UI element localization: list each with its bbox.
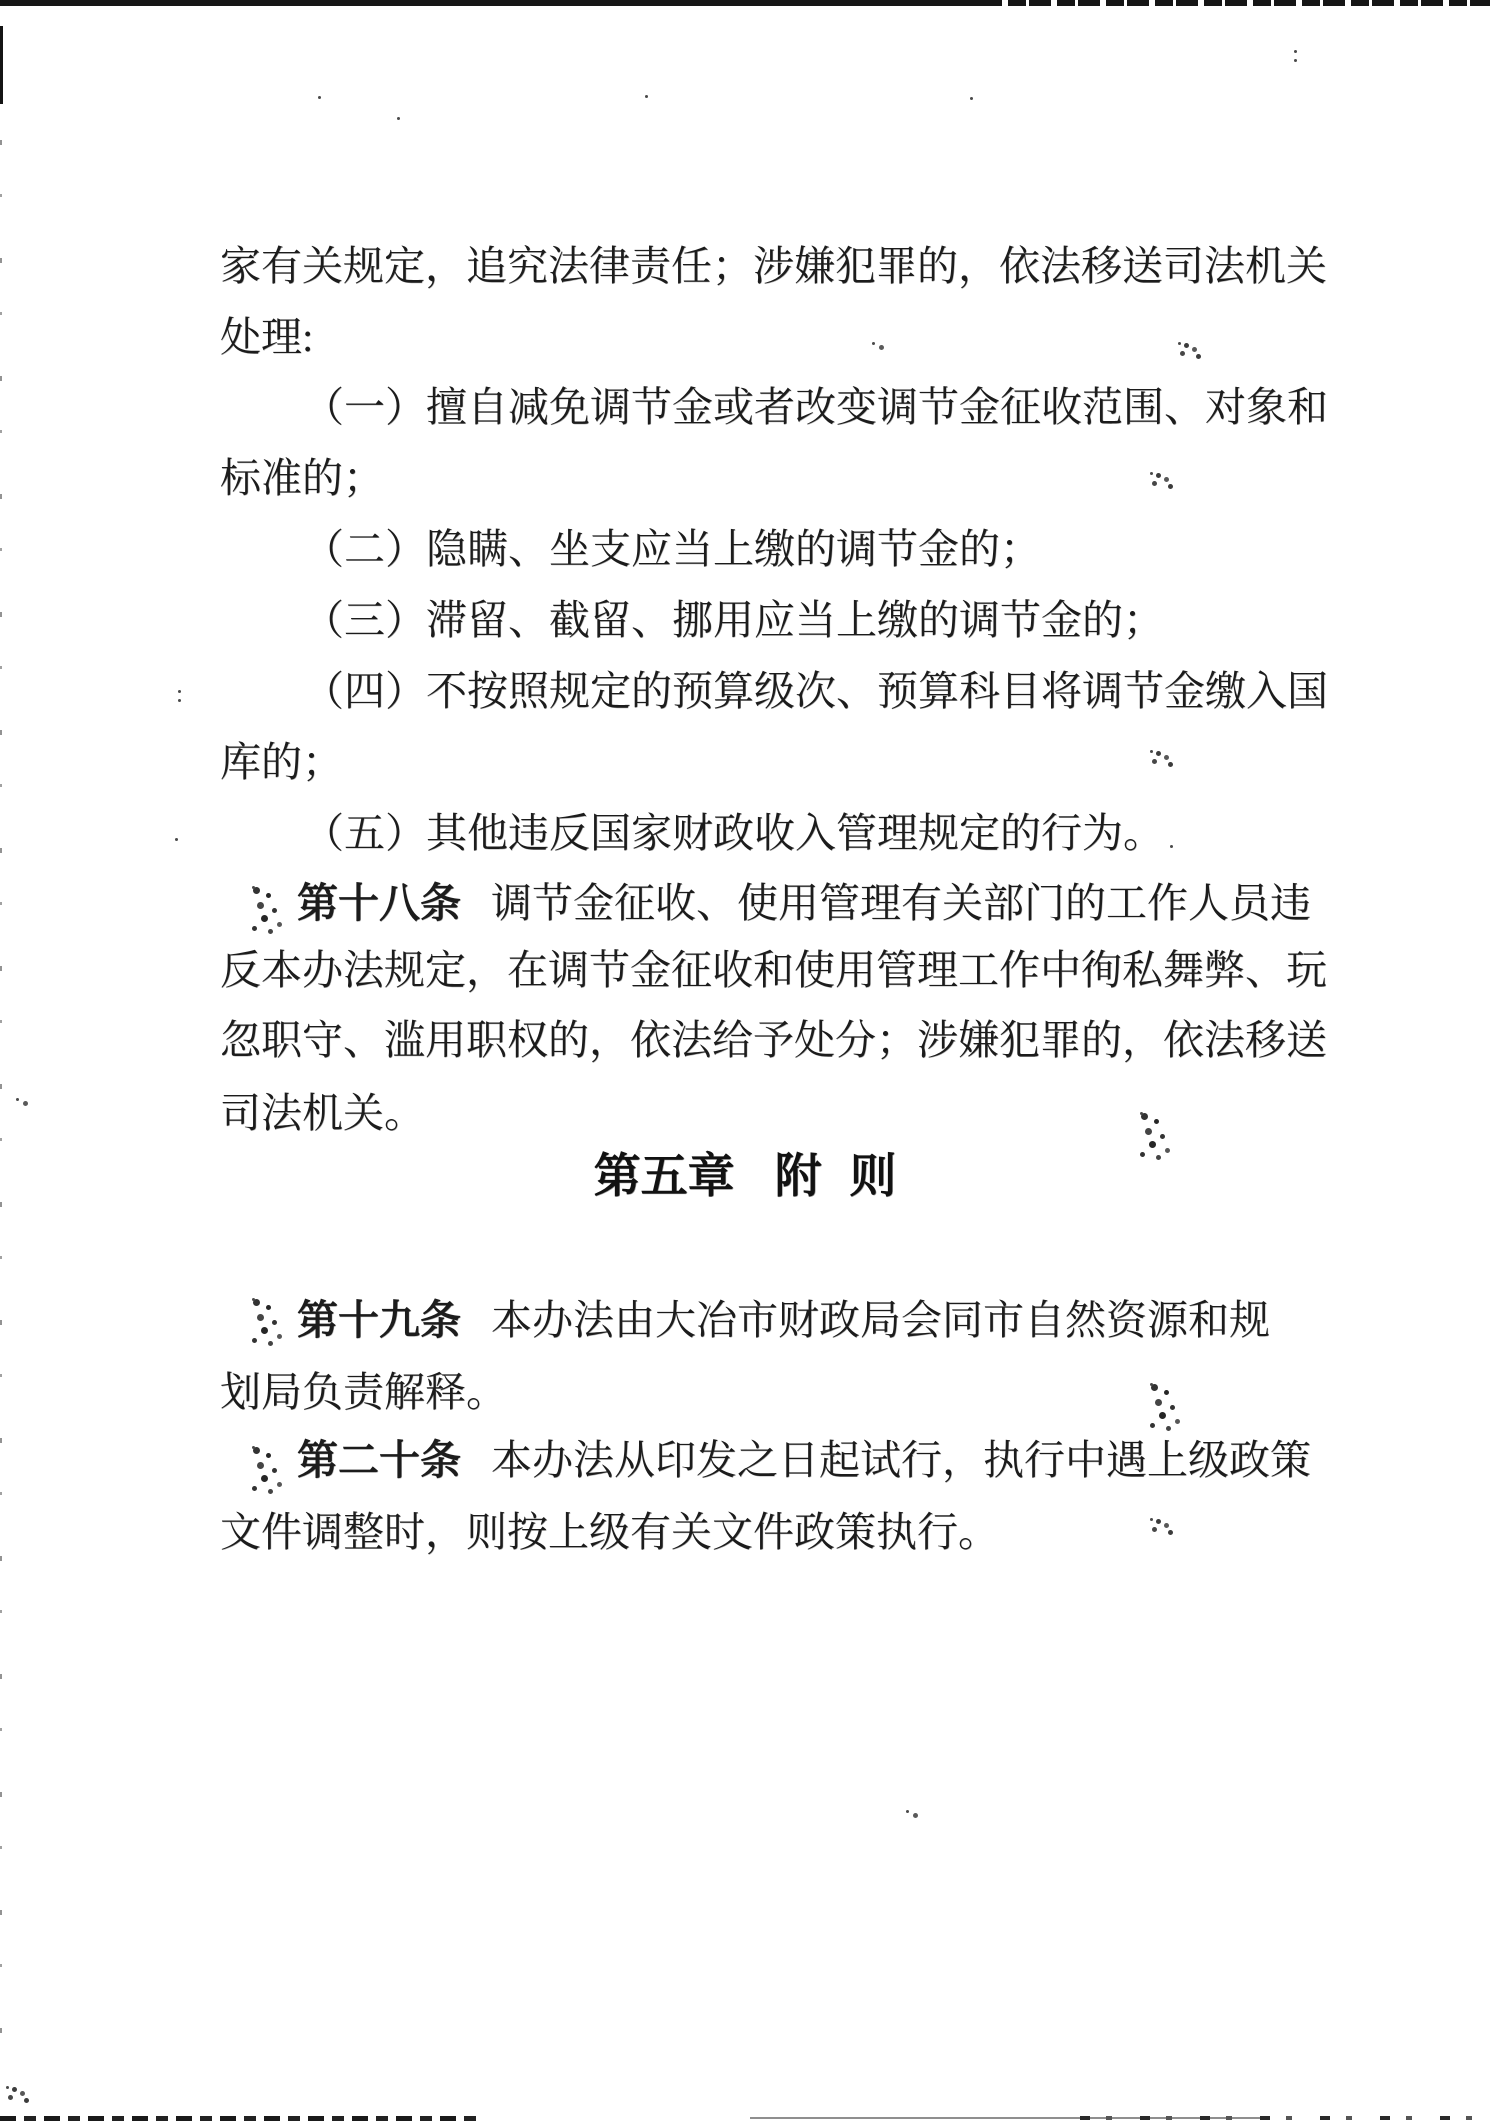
line-text: （一）擅自减免调节金或者改变调节金征收范围、对象和 [303,384,1328,430]
scan-noise-mark [252,886,255,889]
chapter-heading: 第五章附 则 [0,1149,1490,1205]
scan-edge-left [0,26,3,104]
document-line-item-2: （二）隐瞒、坐支应当上缴的调节金的； [303,524,1041,574]
article-number: 第十八条 [297,880,461,926]
document-line: 处理: [220,312,313,362]
scan-noise-mark [1150,750,1153,753]
document-line: 忽职守、滥用职权的，依法给予处分；涉嫌犯罪的，依法移送 [220,1015,1327,1065]
article-number: 第二十条 [297,1437,461,1483]
scan-noise-mark [906,1810,909,1813]
scan-noise-mark [645,95,648,98]
scan-noise-mark [872,342,875,345]
chapter-title: 附 则 [775,1151,897,1203]
scan-noise-mark [16,1098,19,1101]
line-text: 司法机关。 [220,1090,425,1136]
document-line: 家有关规定，追究法律责任；涉嫌犯罪的，依法移送司法机关 [220,241,1327,291]
document-line-item-1: （一）擅自减免调节金或者改变调节金征收范围、对象和 [303,382,1328,432]
line-text: 库的； [220,739,343,785]
scan-noise-mark [252,1446,255,1449]
scan-edge-left-dots [0,140,2,2060]
document-line-article-19: 第十九条本办法由大冶市财政局会同市自然资源和规 [297,1295,1270,1345]
line-text: （四）不按照规定的预算级次、预算科目将调节金缴入国 [303,668,1328,714]
chapter-number: 第五章 [594,1151,735,1203]
line-text: 处理: [220,314,313,360]
document-line: 文件调整时，则按上级有关文件政策执行。 [220,1507,999,1557]
scan-noise-mark [1150,1518,1153,1521]
scanned-page: 家有关规定，追究法律责任；涉嫌犯罪的，依法移送司法机关 处理: （一）擅自减免调… [0,0,1490,2122]
scan-noise-mark [397,117,400,120]
scan-noise-mark [318,96,321,99]
line-text: 标准的； [220,455,384,501]
scan-noise-mark [1150,472,1153,475]
scan-noise-mark [6,2086,9,2089]
scan-noise-mark [970,97,973,100]
scan-noise-mark [1170,845,1173,848]
line-text: 文件调整时，则按上级有关文件政策执行。 [220,1509,999,1555]
document-line-item-4: （四）不按照规定的预算级次、预算科目将调节金缴入国 [303,666,1328,716]
scan-noise-mark [1294,50,1297,53]
scan-noise-mark [175,838,178,841]
line-text: 家有关规定，追究法律责任；涉嫌犯罪的，依法移送司法机关 [220,243,1327,289]
line-text: 本办法从印发之日起试行，执行中遇上级政策 [491,1437,1311,1483]
scan-edge-top-dashes [980,0,1490,6]
line-text: （五）其他违反国家财政收入管理规定的行为。 [303,810,1164,856]
scan-edge-bottom [1080,2116,1490,2120]
document-line: 库的； [220,737,343,787]
line-text: 忽职守、滥用职权的，依法给予处分；涉嫌犯罪的，依法移送 [220,1017,1327,1063]
scan-noise-mark [1150,1383,1153,1386]
line-text: 划局负责解释。 [220,1369,507,1415]
line-text: （二）隐瞒、坐支应当上缴的调节金的； [303,526,1041,572]
line-text: 本办法由大冶市财政局会同市自然资源和规 [491,1297,1270,1343]
line-text: （三）滞留、截留、挪用应当上缴的调节金的； [303,597,1164,643]
document-line: 司法机关。 [220,1088,425,1138]
document-line-item-5: （五）其他违反国家财政收入管理规定的行为。 [303,808,1164,858]
article-number: 第十九条 [297,1297,461,1343]
document-line: 划局负责解释。 [220,1367,507,1417]
document-line-article-20: 第二十条本办法从印发之日起试行，执行中遇上级政策 [297,1435,1311,1485]
line-text: 反本办法规定，在调节金征收和使用管理工作中徇私舞弊、玩 [220,947,1327,993]
document-line: 标准的； [220,453,384,503]
document-line-article-18: 第十八条调节金征收、使用管理有关部门的工作人员违 [297,878,1311,928]
line-text: 调节金征收、使用管理有关部门的工作人员违 [491,880,1311,926]
scan-noise-mark [1178,342,1181,345]
scan-noise-mark [1140,1112,1143,1115]
scan-noise-mark [252,1298,255,1301]
scan-edge-bottom [0,2116,480,2121]
document-line-item-3: （三）滞留、截留、挪用应当上缴的调节金的； [303,595,1164,645]
scan-noise-mark [178,690,181,693]
document-line: 反本办法规定，在调节金征收和使用管理工作中徇私舞弊、玩 [220,945,1327,995]
